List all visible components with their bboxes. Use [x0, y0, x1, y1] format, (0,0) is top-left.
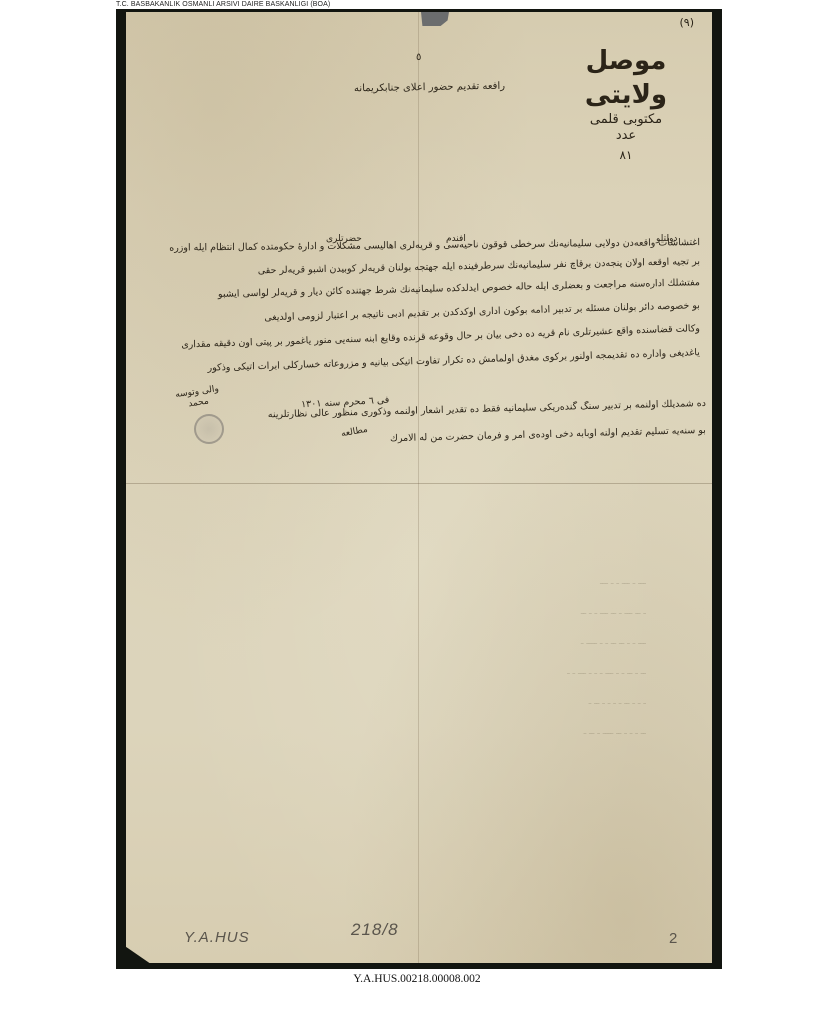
page-number-mark: (٩) [679, 16, 694, 29]
bleed-through-text: ـ ـ ـ ــ ـ ـ ـ ـ ــ ـ [186, 697, 646, 707]
archive-page-note: 2 [669, 930, 678, 947]
letterhead-subtitle-2: عدد [566, 128, 686, 144]
bleed-through-text: ــ ـ ـ ـ ــ ــــ ـ ــ ـ [186, 727, 646, 737]
letterhead-number: ٨١ [566, 148, 686, 162]
letterhead: موصل ولايتى مكتوبى قلمى عدد ٨١ [566, 44, 686, 162]
body-text-line: بو خصوصه دائر بولنان مسئله بر تدبیر ادام… [138, 300, 700, 328]
letterhead-subtitle-1: مكتوبى قلمى [566, 112, 686, 128]
circular-seal-icon [194, 414, 224, 444]
vertical-fold-line [418, 12, 419, 963]
archive-folder-note: 218/8 [351, 920, 399, 940]
archive-collection-note: Y.A.HUS [184, 929, 250, 946]
paper-tear-notch [421, 12, 449, 26]
letterhead-title: موصل ولايتى [566, 44, 686, 112]
horizontal-fold-line [126, 483, 712, 484]
body-text-line: یاغدیغی واداره ده تقدیمجه اولنور بركوی م… [138, 347, 700, 377]
bleed-through-text: ـ ــ ـــ ـ ــ ـــ ـ ـ ــ [186, 607, 646, 617]
archive-header-label: T.C. BASBAKANLIK OSMANLI ARSIVI DAIRE BA… [116, 0, 332, 9]
body-text-line: بو سنه‌یه تسلیم تقدیم اولنه اوبابه دخی ا… [166, 425, 706, 451]
footer-reference-code: Y.A.HUS.00218.00008.002 [0, 973, 834, 985]
document-paper: (٩) ٥ موصل ولايتى مكتوبى قلمى عدد ٨١ راف… [126, 12, 712, 963]
body-text-line: بر تجیه اوقعه اولان پنجه‌دن برقاچ نفر سل… [138, 256, 700, 280]
scan-frame: (٩) ٥ موصل ولايتى مكتوبى قلمى عدد ٨١ راف… [116, 9, 722, 969]
signature-block: والی وتوسه محمد [175, 384, 221, 412]
bleed-through-text: ـــ ـ ـــ ـ ـ ـــ [186, 577, 646, 587]
bleed-through-text: ـــ ـ ـ ــ ــ ـ ـ ــــ ـ [186, 637, 646, 647]
body-text-line: وكالت قضاسنده واقع عشیرتلری نام قریه ده … [138, 323, 700, 353]
top-mark: ٥ [416, 52, 421, 63]
bleed-through-text: ــ ـ ــ ـ ـ ـــ ـ ـ ـ ـــ ـ ـ [186, 667, 646, 677]
document-heading: رافعه تقدیم حضور اعلای جنابكریمانه [354, 81, 505, 95]
body-text-line: ده شمدیلك اولنمه بر تدبیر سنگ گنده‌ریكی … [166, 398, 706, 424]
